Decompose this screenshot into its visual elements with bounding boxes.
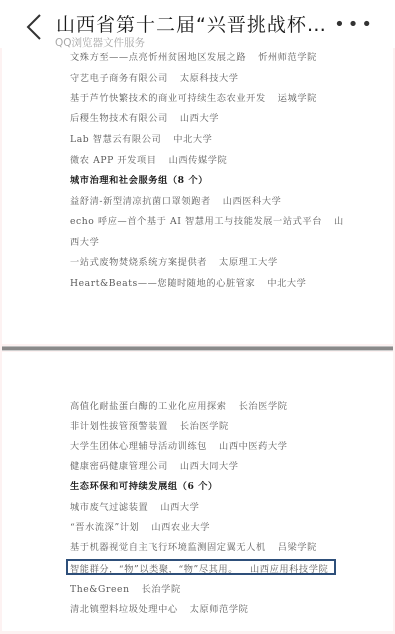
list-item: 健康密码健康管理公司山西大同大学 bbox=[70, 458, 239, 472]
list-item: 后稷生物技术有限公司山西大学 bbox=[70, 110, 219, 124]
list-item: 益舒清-新型清凉抗菌口罩领跑者山西医科大学 bbox=[70, 193, 281, 207]
list-item: 基于机器视觉自主飞行环境监测固定翼无人机吕梁学院 bbox=[70, 539, 317, 553]
list-item: “晋水流深”计划山西农业大学 bbox=[70, 519, 210, 533]
document-page-2: 高值化耐盐蛋白酶的工业化应用探索长治医学院 非计划性拔管预警装置长治医学院 大学… bbox=[2, 352, 393, 631]
app-header: 山西省第十二届“兴晋挑战杯… QQ浏览器文件服务 ••• bbox=[0, 0, 395, 48]
list-item: 高值化耐盐蛋白酶的工业化应用探索长治医学院 bbox=[70, 398, 288, 412]
back-button[interactable] bbox=[22, 12, 46, 42]
group-heading: 生态环保和可持续发展组（6 个） bbox=[70, 478, 218, 492]
list-item-continuation: 西大学 bbox=[70, 234, 99, 248]
group-heading: 城市治理和社会服务组（8 个） bbox=[70, 172, 208, 186]
list-item: 城市废气过滤装置山西大学 bbox=[70, 499, 199, 513]
chevron-left-icon bbox=[22, 12, 46, 42]
document-page-1: 文殊方至——点亮忻州贫困地区发展之路忻州师范学院 守艺电子商务有限公司太原科技大… bbox=[2, 40, 393, 344]
list-item: Heart&Beats——您随时随地的心脏管家中北大学 bbox=[70, 275, 306, 289]
list-item: 基于芦竹快繁技术的商业可持续生态农业开发运城学院 bbox=[70, 90, 317, 104]
document-title: 山西省第十二届“兴晋挑战杯… bbox=[56, 10, 327, 37]
highlighted-list-item: 智能群分，“物”以类聚，“物”尽其用。山西应用科技学院 bbox=[70, 561, 328, 575]
list-item: 守艺电子商务有限公司太原科技大学 bbox=[70, 70, 239, 84]
list-item: 非计划性拔管预警装置长治医学院 bbox=[70, 418, 229, 432]
list-item: 一站式废物焚烧系统方案提供者太原理工大学 bbox=[70, 254, 278, 268]
more-button[interactable]: ••• bbox=[334, 18, 375, 32]
page-separator bbox=[2, 346, 393, 351]
list-item: 大学生团体心理辅导活动训练包山西中医药大学 bbox=[70, 438, 288, 452]
list-item: The&Green长治学院 bbox=[70, 581, 181, 595]
list-item: 清北镇塑料垃圾处理中心太原师范学院 bbox=[70, 601, 248, 615]
list-item: 微农 APP 开发项目山西传媒学院 bbox=[70, 152, 227, 166]
screen: 山西省第十二届“兴晋挑战杯… QQ浏览器文件服务 ••• 文殊方至——点亮忻州贫… bbox=[0, 0, 395, 634]
list-item: Lab 智慧云有限公司中北大学 bbox=[70, 131, 212, 145]
list-item: echo 呼应—首个基于 AI 智慧用工与技能发展一站式平台山 bbox=[70, 213, 344, 227]
list-item: 文殊方至——点亮忻州贫困地区发展之路忻州师范学院 bbox=[70, 49, 317, 63]
more-horizontal-icon: ••• bbox=[334, 14, 375, 35]
document-subtitle: QQ浏览器文件服务 bbox=[55, 35, 145, 50]
